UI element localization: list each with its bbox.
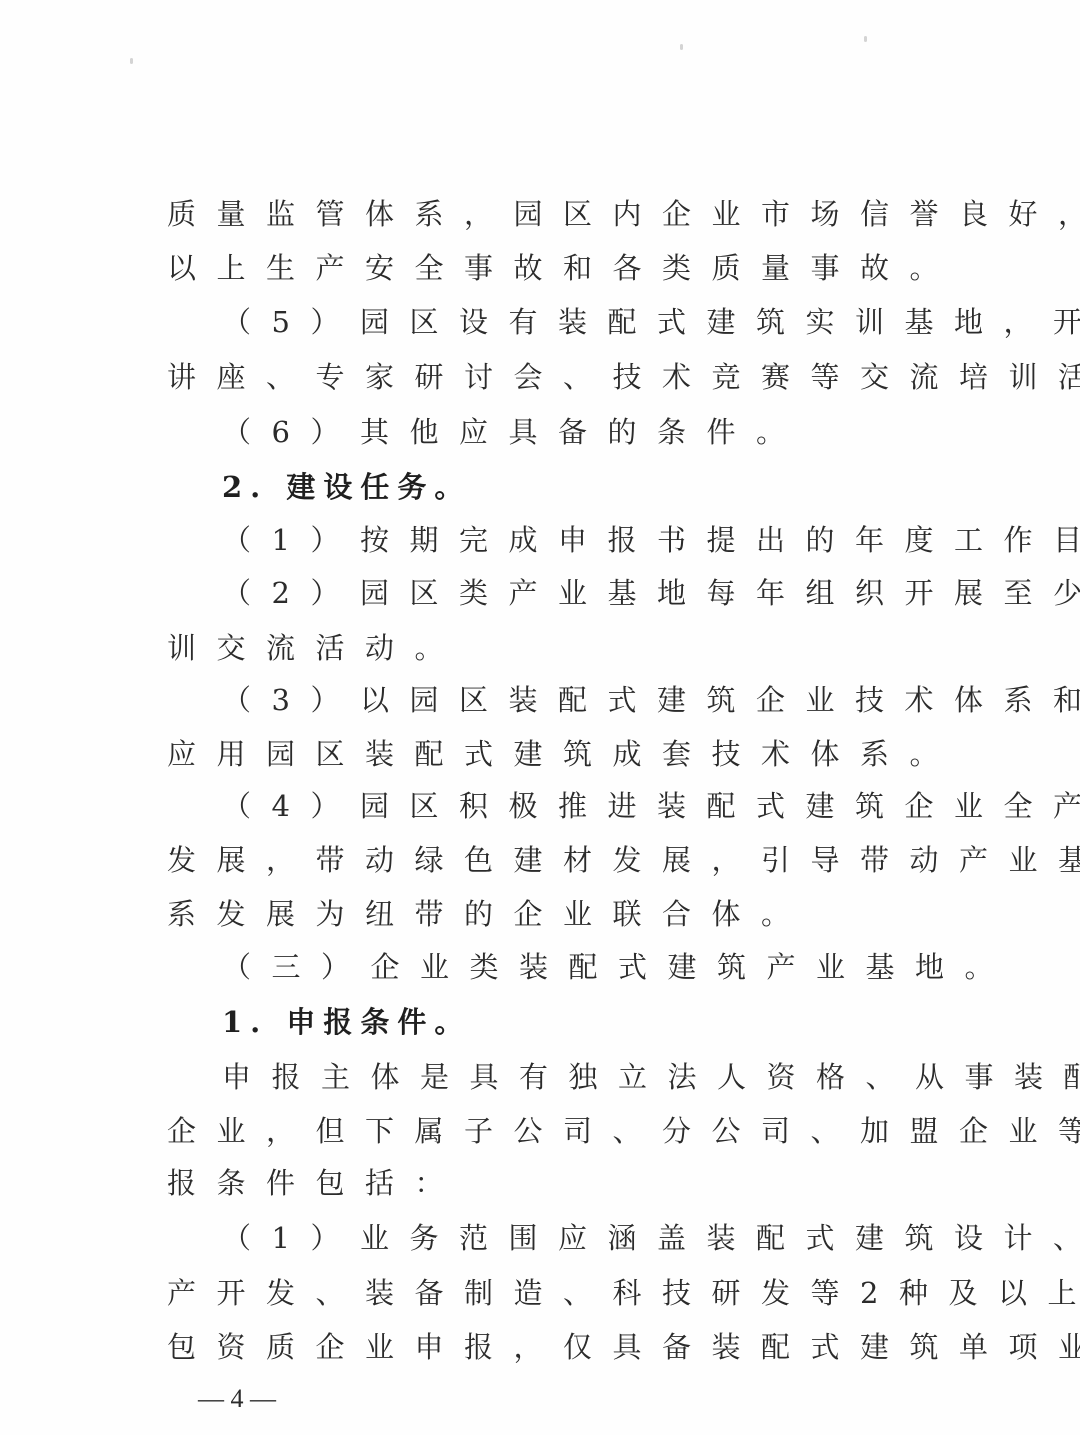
list-item-3: （3）以园区装配式建筑企业技术体系和产品为基础，推广 [222, 680, 967, 720]
scan-speck [680, 44, 683, 50]
document-page: 质量监管体系，园区内企业市场信誉良好，近3年未发生较大及 以上生产安全事故和各类… [0, 0, 1080, 1435]
list-item-5: （5）园区设有装配式建筑实训基地，开展人才培养、技术 [222, 302, 967, 342]
body-text-line: 训交流活动。 [167, 628, 967, 668]
body-text-line: 质量监管体系，园区内企业市场信誉良好，近3年未发生较大及 [167, 194, 967, 234]
body-text-line: 讲座、专家研讨会、技术竞赛等交流培训活动。 [167, 357, 967, 397]
section-heading-construction-tasks: 2. 建设任务。 [222, 467, 967, 507]
body-text-line: 企业，但下属子公司、分公司、加盟企业等不单独参评。具体申 [167, 1111, 967, 1151]
page-number: — 4 — [198, 1382, 276, 1416]
list-item-2: （2）园区类产业基地每年组织开展至少1次装配式建筑培 [222, 573, 967, 613]
list-item-6: （6）其他应具备的条件。 [222, 412, 967, 452]
list-item-1: （1）业务范围应涵盖装配式建筑设计、生产、施工、房地 [222, 1218, 967, 1258]
section-heading-application-conditions: 1. 申报条件。 [222, 1002, 967, 1042]
list-item-1: （1）按期完成申报书提出的年度工作目标任务。 [222, 520, 967, 560]
body-text-line: 发展，带动绿色建材发展，引导带动产业基地企业形成以技术体 [167, 840, 967, 880]
body-text-line: 系发展为纽带的企业联合体。 [167, 894, 967, 934]
body-text-line: 产开发、装备制造、科技研发等2种及以上，鼓励具有工程总承 [167, 1273, 967, 1313]
body-text-line: 应用园区装配式建筑成套技术体系。 [167, 734, 967, 774]
body-text-line: 以上生产安全事故和各类质量事故。 [167, 248, 967, 288]
body-text-line: 包资质企业申报，仅具备装配式建筑单项业务的企业原则上不予 [167, 1327, 967, 1367]
scan-speck [864, 36, 867, 42]
body-text-line: 报条件包括： [167, 1163, 967, 1203]
scan-speck [130, 58, 133, 64]
section-heading-enterprise-base: （三）企业类装配式建筑产业基地。 [222, 947, 967, 987]
list-item-4: （4）园区积极推进装配式建筑企业全产业链发展、集群式 [222, 786, 967, 826]
body-text-line: 申报主体是具有独立法人资格、从事装配式建筑相关产业的 [222, 1057, 967, 1097]
